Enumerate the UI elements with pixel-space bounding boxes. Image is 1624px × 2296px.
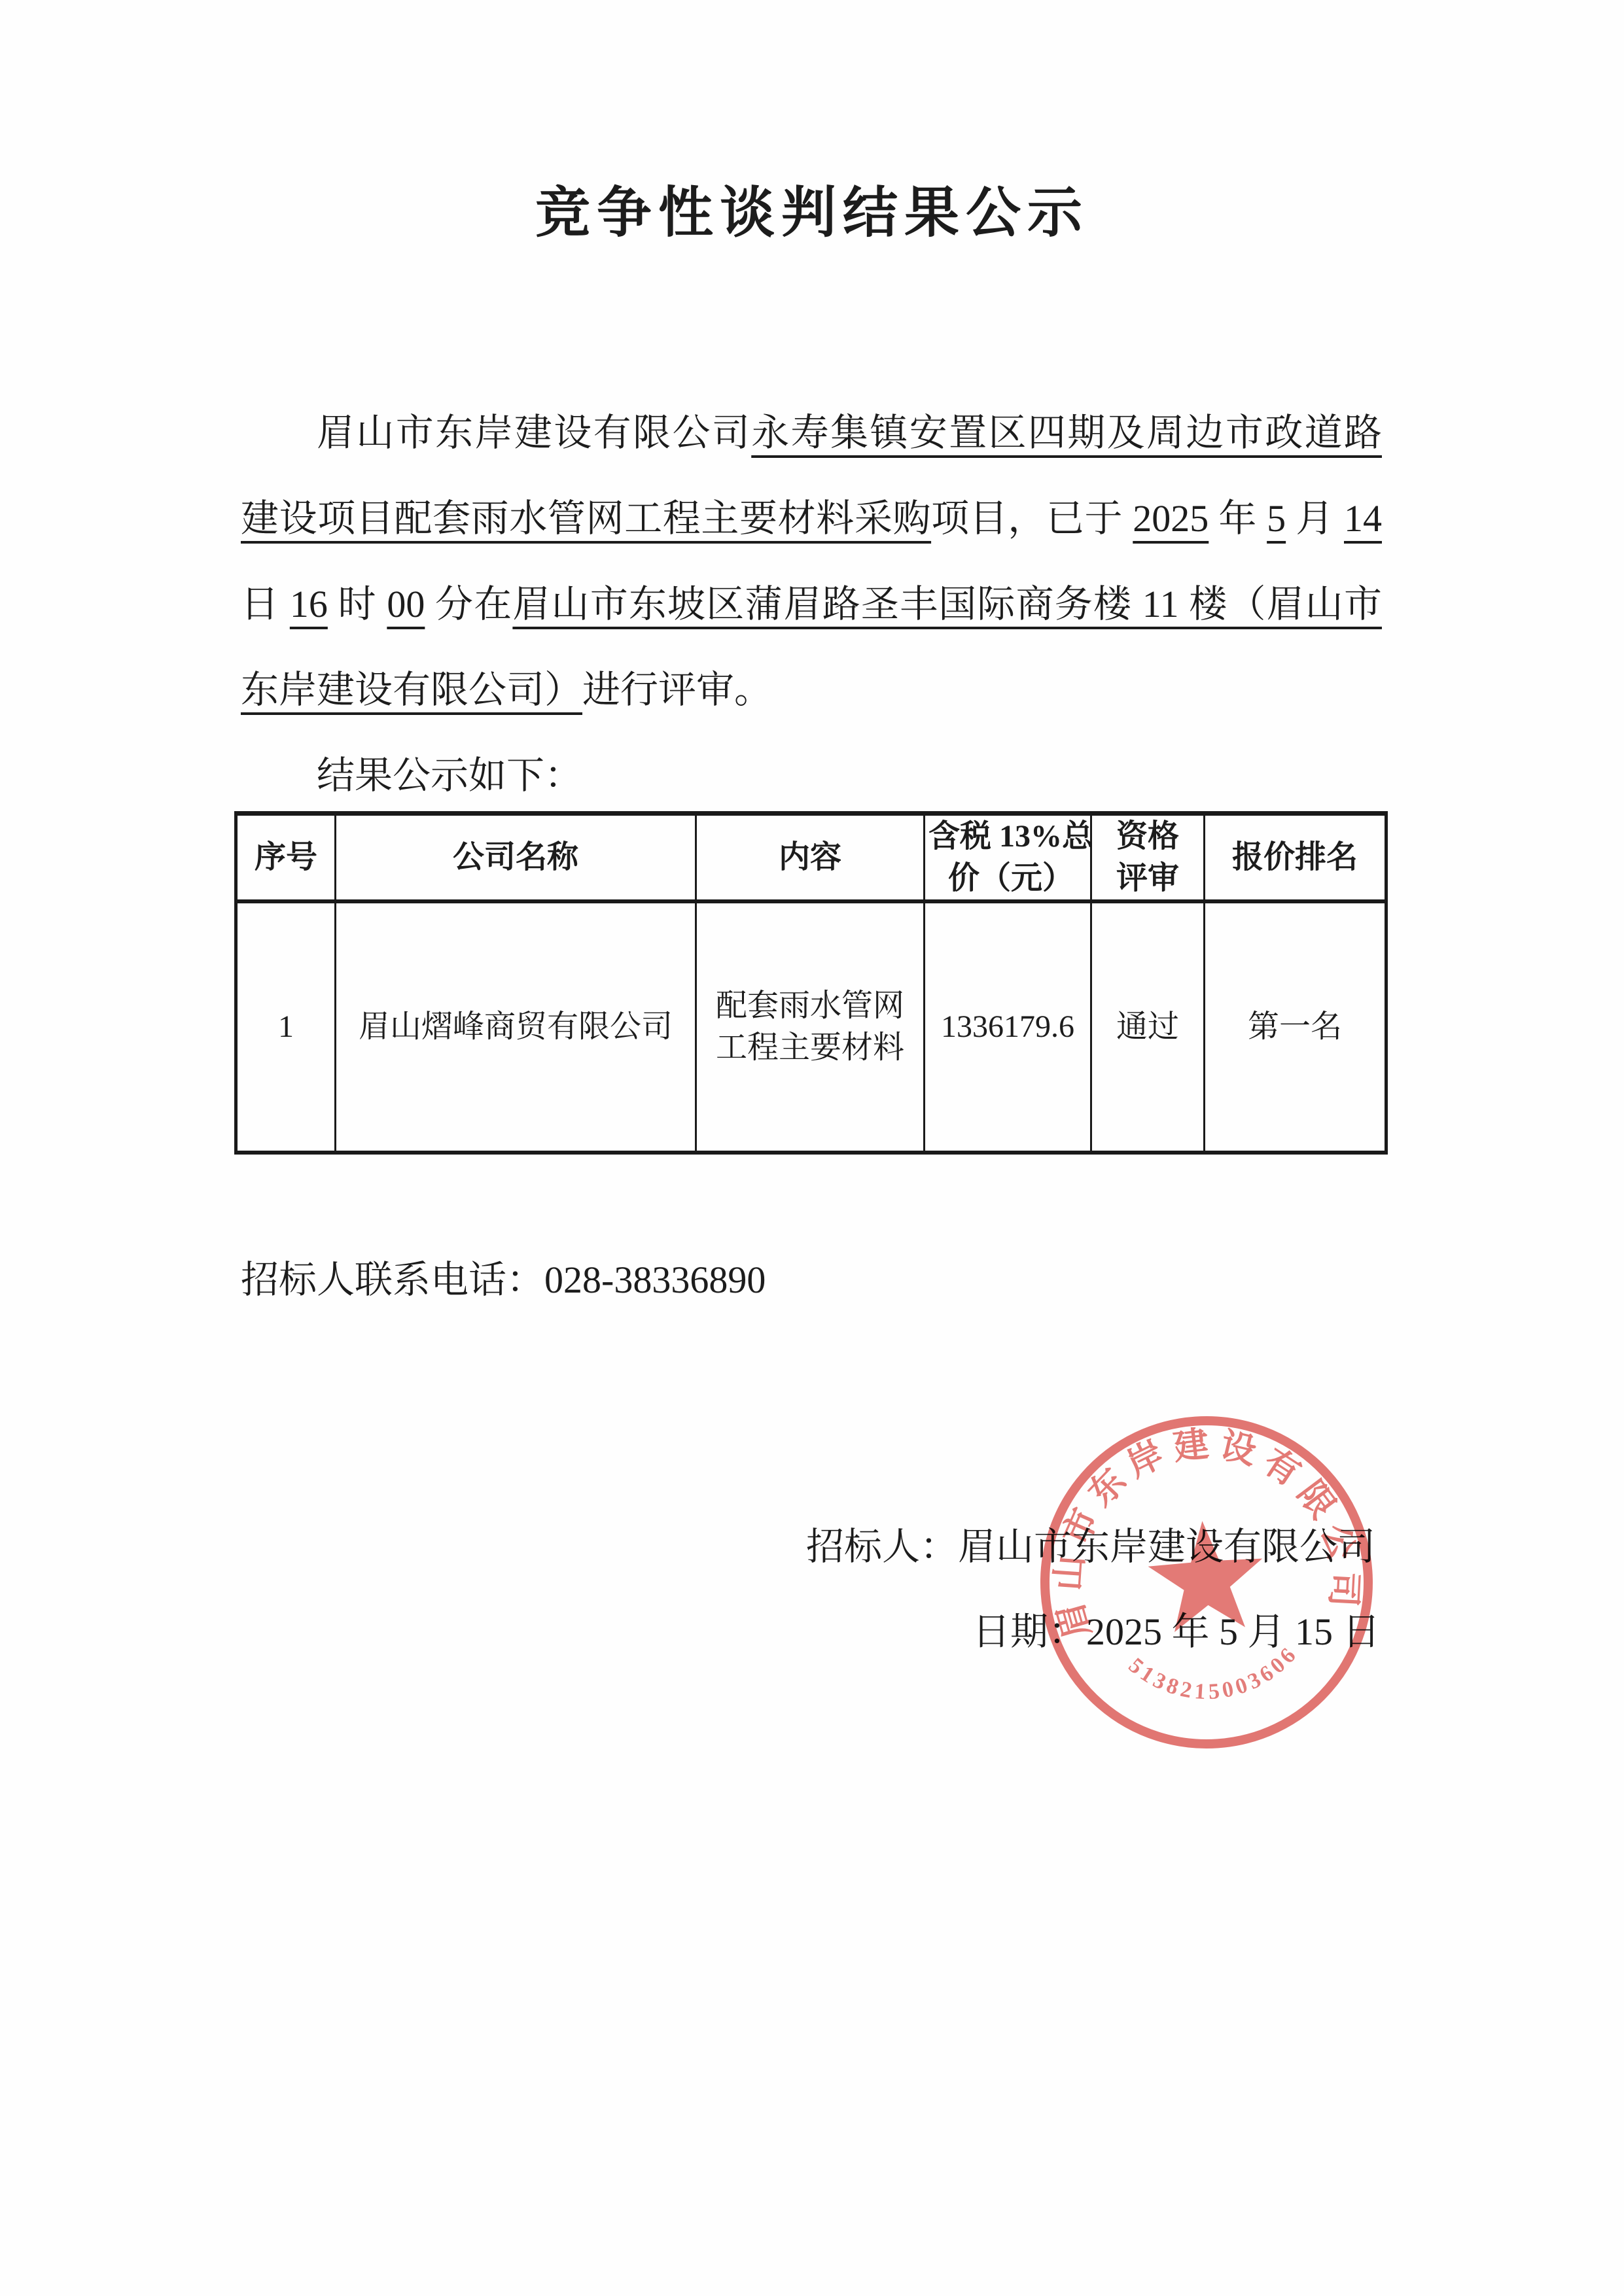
col-header-price-text: 含税 13%总价（元） (925, 816, 1091, 899)
col-header-company: 公司名称 (336, 814, 696, 902)
cell-price: 1336179.6 (925, 901, 1091, 1153)
plain-text: 时 (328, 583, 387, 625)
results-table: 序号 公司名称 内容 含税 13%总价（元） 资格评审 报价排名 1 眉山熠峰商… (234, 811, 1388, 1155)
underlined-text: 14 (1344, 497, 1382, 540)
col-header-serial: 序号 (236, 814, 336, 902)
col-header-content: 内容 (696, 814, 925, 902)
cell-company: 眉山熠峰商贸有限公司 (336, 901, 696, 1153)
page-title: 竞争性谈判结果公示 (0, 178, 1624, 250)
body-paragraph: 眉山市东岸建设有限公司永寿集镇安置区四期及周边市政道路 建设项目配套雨水管网工程… (241, 390, 1382, 733)
plain-text: 年 (1209, 497, 1267, 540)
cell-serial: 1 (236, 901, 336, 1153)
table-row: 1 眉山熠峰商贸有限公司 配套雨水管网工程主要材料 1336179.6 通过 第… (236, 901, 1386, 1153)
results-intro: 结果公示如下： (241, 750, 582, 802)
plain-text: 月 (1286, 497, 1344, 540)
cell-content: 配套雨水管网工程主要材料 (696, 901, 925, 1153)
underlined-text: 东岸建设有限公司） (241, 669, 582, 711)
plain-text: 项目，已于 (931, 497, 1133, 540)
plain-text: 分在 (425, 583, 512, 625)
plain-text: 日 (241, 583, 290, 625)
col-header-rank: 报价排名 (1205, 814, 1386, 902)
plain-text: 眉山市东岸建设有限公司 (317, 411, 751, 454)
col-header-qualification-text: 资格评审 (1115, 816, 1180, 899)
cell-rank: 第一名 (1205, 901, 1386, 1153)
table-header-row: 序号 公司名称 内容 含税 13%总价（元） 资格评审 报价排名 (236, 814, 1386, 902)
star-icon (1145, 1517, 1267, 1633)
underlined-text: 建设项目配套雨水管网工程主要材料采购 (241, 497, 931, 540)
underlined-text: 5 (1267, 497, 1286, 540)
col-header-price: 含税 13%总价（元） (925, 814, 1091, 902)
cell-content-text: 配套雨水管网工程主要材料 (715, 985, 906, 1069)
plain-text: 进行评审。 (582, 669, 772, 711)
col-header-qualification: 资格评审 (1091, 814, 1205, 902)
underlined-text: 2025 (1133, 497, 1209, 540)
underlined-text: 眉山市东坡区蒲眉路圣丰国际商务楼 11 楼（眉山市 (512, 583, 1382, 625)
company-seal: 眉山市东岸建设有限公司 5138215003606 (1024, 1400, 1388, 1764)
paragraph-line: 日 16 时 00 分在眉山市东坡区蒲眉路圣丰国际商务楼 11 楼（眉山市 (241, 561, 1382, 647)
underlined-text: 永寿集镇安置区四期及周边市政道路 (751, 411, 1382, 454)
contact-phone-line: 招标人联系电话：028-38336890 (241, 1253, 766, 1307)
paragraph-line: 东岸建设有限公司）进行评审。 (241, 647, 1382, 733)
paragraph-line: 眉山市东岸建设有限公司永寿集镇安置区四期及周边市政道路 (241, 390, 1382, 476)
seal-number-arc-text: 5138215003606 (1123, 1643, 1303, 1711)
announcement-document: 竞争性谈判结果公示 眉山市东岸建设有限公司永寿集镇安置区四期及周边市政道路 建设… (0, 0, 1624, 2296)
paragraph-line: 建设项目配套雨水管网工程主要材料采购项目，已于 2025 年 5 月 14 (241, 476, 1382, 561)
underlined-text: 00 (387, 583, 425, 625)
cell-qualification: 通过 (1091, 901, 1205, 1153)
underlined-text: 16 (290, 583, 328, 625)
